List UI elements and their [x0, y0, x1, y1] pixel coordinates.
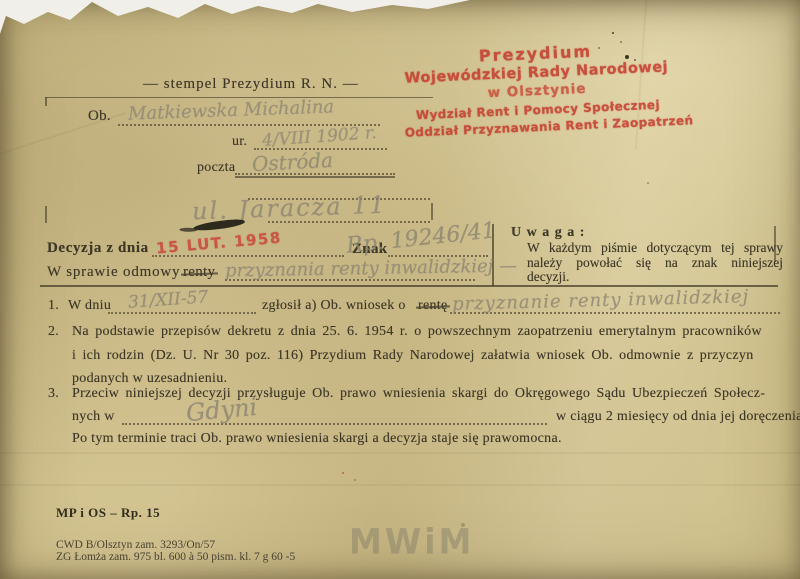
addressee-name-handwriting: Matkiewska Michalina [128, 96, 335, 124]
address-box-corner-tick [431, 203, 433, 220]
item3-line1: Przeciw niniejszej decyzji przysługuje O… [72, 386, 765, 402]
street-line-lower [268, 221, 430, 223]
document-paper: — stempel Prezydium R. N. — Prezydium Wo… [0, 0, 800, 579]
post-office-handwriting: Ostróda [251, 148, 333, 176]
printer-line-1: CWD B/Olsztyn zam. 3293/On/57 [56, 539, 215, 551]
item1-mid: zgłosił a) Ob. wniosek o [262, 298, 406, 314]
stamp-placeholder-label: — stempel Prezydium R. N. — [143, 76, 359, 93]
uwaga-right-tick [774, 226, 776, 262]
item2-number: 2. [48, 324, 59, 340]
address-box-corner-tick [45, 206, 47, 223]
decision-date-label: Decyzja z dnia [47, 240, 149, 257]
item2-line: Na podstawie przepisów dekretu z dnia 25… [72, 324, 762, 340]
item1-number: 1. [48, 298, 59, 314]
addressee-field-label: Ob. [88, 108, 111, 125]
struck-word: rentę [418, 298, 447, 314]
scanned-document-view: — stempel Prezydium R. N. — Prezydium Wo… [0, 0, 800, 579]
item3-city-handwriting: Gdyni [185, 393, 258, 427]
ink-specks [612, 32, 614, 34]
birth-date-handwriting: 4/VIII 1902 r. [261, 123, 377, 151]
uwaga-title: U w a g a : [511, 225, 585, 241]
item1-struck-word: rentę [418, 298, 447, 314]
znak-handwriting: Rp. 19246/41 [345, 218, 497, 259]
uwaga-body: W każdym piśmie dotyczącym tej sprawy na… [527, 241, 783, 285]
museum-watermark: MWiM [349, 521, 474, 562]
item3-line3: Po tym terminie traci Ob. prawo wniesien… [72, 431, 562, 447]
item1-pre: W dniu [68, 298, 111, 314]
subject-struck-word: renty [183, 264, 215, 281]
struck-word: renty [183, 264, 215, 281]
subject-label: W sprawie odmowy [47, 264, 180, 281]
address-box-corner-tick [45, 97, 47, 106]
fold-crease [0, 484, 800, 486]
item1-date-handwriting: 31/XII-57 [127, 287, 208, 313]
post-office-underline [235, 176, 395, 178]
address-box-top-rule [45, 97, 433, 98]
item3-number: 3. [48, 386, 59, 402]
birth-date-label: ur. [232, 134, 247, 150]
printer-line-2: ZG Łomża zam. 975 bl. 600 à 50 pism. kl.… [56, 551, 295, 563]
item3-city-line [122, 423, 547, 425]
subject-handwriting: przyznania renty inwalidzkiej — [225, 255, 517, 281]
form-code: MP i OS – Rp. 15 [56, 505, 160, 521]
item3-line2-post: w ciągu 2 miesięcy od dnia jej doręczeni… [556, 409, 800, 425]
fold-crease [0, 452, 800, 454]
post-office-label: poczta [197, 160, 235, 176]
agency-red-stamp: Prezydium Wojewódzkiej Rady Narodowej w … [401, 38, 673, 140]
date-received-stamp: 15 LUT. 1958 [155, 229, 282, 258]
section-rule [40, 285, 778, 287]
item2-line: i ich rodzin (Dz. U. Nr 30 poz. 116) Prz… [72, 348, 754, 364]
item3-line2-pre: nych w [72, 409, 115, 425]
item1-subject-handwriting: przyznanie renty inwalidzkiej [452, 286, 750, 315]
item2-line: podanych w uzesadnieniu. [72, 371, 227, 387]
